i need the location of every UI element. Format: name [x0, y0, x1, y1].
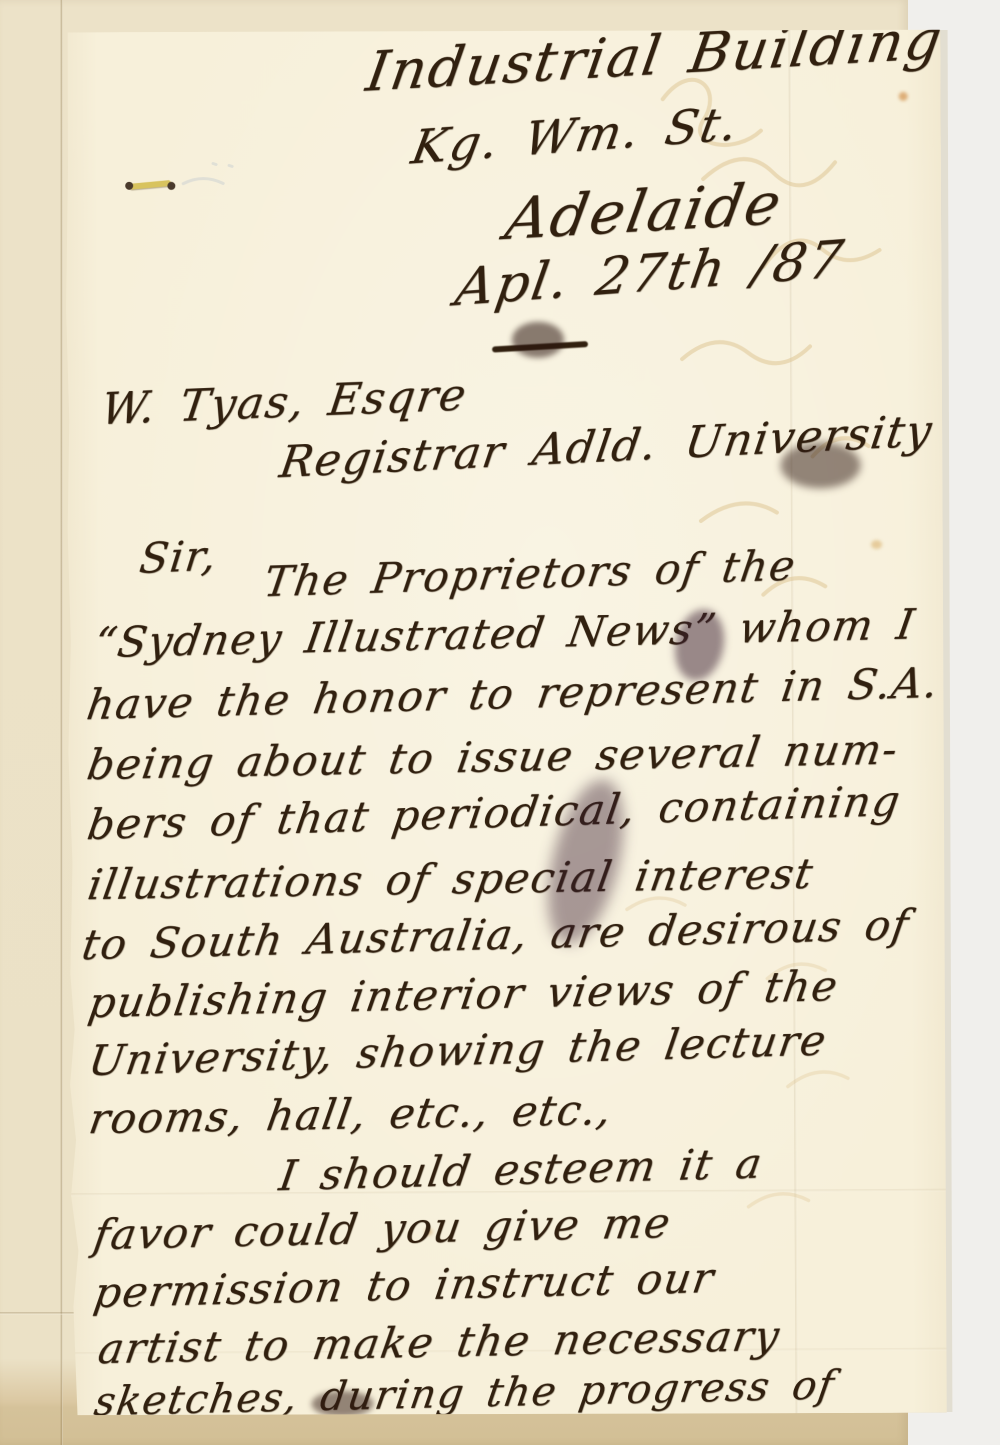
foxing-stain: [899, 92, 908, 101]
backing-paper-vertical-crease: [60, 0, 63, 1445]
backing-paper-horizontal-crease: [0, 1312, 78, 1315]
body-line: publishing interior views of the: [86, 965, 842, 1024]
pin-hole: [125, 181, 134, 190]
body-line: artist to make the necessary: [95, 1315, 783, 1370]
foxing-stain: [871, 540, 882, 549]
ink-blot: [781, 442, 861, 488]
pin-hole: [167, 182, 176, 191]
body-line: bers of that periodical, containing: [85, 780, 904, 846]
body-line: I should esteem it a: [276, 1143, 765, 1198]
body-line: to South Australia, are desirous of: [79, 904, 912, 966]
body-line: illustrations of special interest: [85, 853, 817, 906]
body-line: being about to issue several num-: [84, 729, 901, 787]
body-line: rooms, hall, etc., etc.,: [86, 1089, 615, 1140]
body-line: permission to instruct our: [91, 1257, 717, 1314]
salutation: Sir,: [137, 535, 219, 580]
pencil-marks: [183, 163, 232, 183]
pin-mark: [129, 180, 171, 190]
body-line: favor could you give me: [91, 1202, 674, 1256]
sender-address-line-2: Kg. Wm. St.: [408, 100, 743, 171]
body-line: University, showing the lecture: [86, 1020, 830, 1083]
letter-page: Industrial Buildings Kg. Wm. St. Adelaid…: [62, 28, 947, 1418]
ink-blot: [512, 322, 564, 358]
body-line: The Proprietors of the: [261, 545, 799, 604]
body-line: have the honor to represent in S.A.: [84, 662, 942, 726]
recipient-name: W. Tyas, Esqre: [98, 374, 469, 433]
